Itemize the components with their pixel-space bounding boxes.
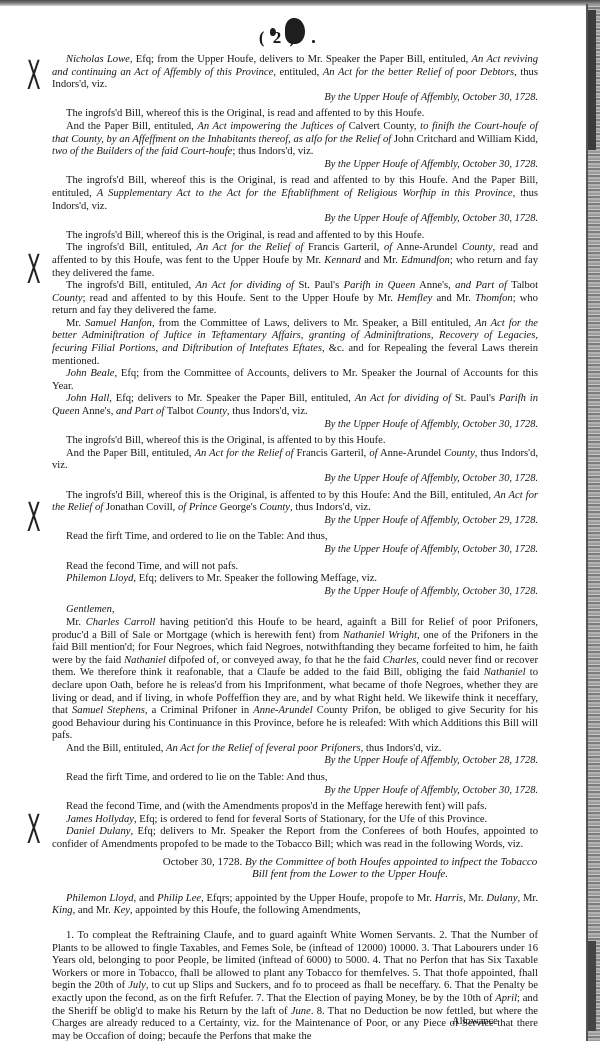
paragraph: The ingrofs'd Bill, entituled, An Act fo… — [52, 242, 538, 280]
italic-text: Samuel Hanfon — [85, 318, 152, 329]
endorsement-line: By the Upper Houfe of Affembly, October … — [52, 544, 538, 557]
italic-text: Charles Carroll — [86, 617, 156, 628]
text: , a Criminal Prifoner in — [145, 705, 253, 716]
endorsement-line: By the Upper Houfe of Affembly, October … — [52, 213, 538, 226]
italic-text: An Act for the Relief of — [196, 242, 303, 253]
text: Calvert County, — [345, 121, 420, 132]
italic-text: Samuel Stephens — [72, 705, 145, 716]
text: Read the firft Time, and ordered to lie … — [66, 531, 328, 542]
paragraph: The ingrofs'd Bill, whereof this is the … — [52, 108, 538, 121]
italic-text: Hemfley — [397, 293, 432, 304]
italic-text: Nathaniel — [124, 655, 166, 666]
text: , thus Indors'd, viz. — [290, 502, 371, 513]
paragraph: John Beale, Efq; from the Committee of A… — [52, 368, 538, 393]
text: , Efq; is ordered to fend for feveral So… — [134, 814, 487, 825]
text: The ingrofs'd Bill, entituled, — [66, 242, 196, 253]
italic-text: and Part of — [455, 280, 507, 291]
spacer — [52, 881, 538, 893]
text: Read the fecond Time, and will not pafs. — [66, 561, 238, 572]
text: John Critchard and William Kidd, — [391, 134, 538, 145]
text: , from the Committee of Laws, delivers t… — [152, 318, 475, 329]
committee-date: October 30, 1728. — [163, 856, 242, 868]
text: And the Bill, entituled, — [66, 743, 166, 754]
text: , appointed by this Houfe, the following… — [130, 905, 361, 916]
page-number: ( 2 ) — [238, 28, 318, 48]
text: Read the fecond Time, and (with the Amen… — [66, 801, 487, 812]
endorsement-line: By the Upper Houfe of Affembly, October … — [52, 473, 538, 486]
text: George's — [217, 502, 259, 513]
italic-text: A Supplementary Act to the Act for the E… — [97, 188, 513, 199]
text: Francis Garteril, — [303, 242, 384, 253]
margin-cross-mark: X — [27, 810, 41, 850]
italic-text: and Part of — [116, 406, 164, 417]
page-top-border — [0, 0, 600, 6]
text: Read the firft Time, and ordered to lie … — [66, 772, 328, 783]
text: Francis Garteril, — [294, 448, 370, 459]
endorsement-line: By the Upper Houfe of Affembly, October … — [52, 419, 538, 432]
text: Talbot — [164, 406, 196, 417]
paragraph: The ingrofs'd Bill, whereof this is the … — [52, 230, 538, 243]
italic-text: Philemon Lloyd — [66, 893, 134, 904]
edge-dark-top — [588, 10, 596, 150]
endorsement-line: By the Upper Houfe of Affembly, October … — [52, 586, 538, 599]
paragraph: The ingrofs'd Bill, whereof this is the … — [52, 435, 538, 448]
text: , thus Indors'd, viz. — [227, 406, 308, 417]
ink-blot — [270, 28, 276, 36]
text: , Efq; delivers to Mr. Speaker the follo… — [133, 573, 377, 584]
italic-text: April — [495, 993, 517, 1004]
italic-text: of Prince — [178, 502, 217, 513]
text: , thus Indors'd, viz. — [361, 743, 442, 754]
italic-text: Nicholas Lowe — [66, 54, 130, 65]
document-body: Nicholas Lowe, Efq; from the Upper Houfe… — [52, 54, 538, 1041]
italic-text: Daniel Dulany — [66, 826, 130, 837]
italic-text: John Beale — [66, 368, 114, 379]
text: , Efq; delivers to Mr. Speaker the Paper… — [109, 393, 354, 404]
italic-text: Nathaniel Wright — [343, 630, 417, 641]
italic-text: An Act impowering the Juftices of — [197, 121, 345, 132]
text: difpofed of, or conveyed away, fo that h… — [166, 655, 383, 666]
text: ; read and affented to by this Houfe. Se… — [83, 293, 397, 304]
italic-text: County — [196, 406, 227, 417]
text: Anne-Arundel — [378, 448, 445, 459]
text: , and Mr. — [73, 905, 114, 916]
paragraph: And the Paper Bill, entituled, An Act fo… — [52, 448, 538, 473]
italic-text: Thomfon — [475, 293, 513, 304]
edge-dark-bottom — [588, 941, 596, 1031]
margin-cross-mark: X — [27, 250, 41, 290]
text: Talbot — [507, 280, 538, 291]
italic-text: June — [291, 1006, 311, 1017]
paragraph: Nicholas Lowe, Efq; from the Upper Houfe… — [52, 54, 538, 92]
italic-text: An Act for the better Relief of poor Deb… — [323, 67, 514, 78]
text: St. Paul's — [451, 393, 499, 404]
text: ; thus Indors'd, viz. — [232, 146, 313, 157]
italic-text: two of the Builders of the faid Court-ho… — [52, 146, 232, 157]
text: The ingrofs'd Bill, whereof this is the … — [66, 108, 424, 119]
italic-text: John Hall — [66, 393, 109, 404]
text: , Efqrs; appointed by the Upper Houfe, p… — [201, 893, 435, 904]
italic-text: Key — [114, 905, 130, 916]
italic-text: Charles — [383, 655, 417, 666]
text: St. Paul's — [294, 280, 344, 291]
italic-text: An Act for dividing of — [355, 393, 451, 404]
italic-text: Philip Lee — [157, 893, 201, 904]
paragraph: The ingrofs'd Bill, entituled, An Act fo… — [52, 280, 538, 318]
endorsement-line: By the Upper Houfe of Affembly, October … — [52, 755, 538, 768]
italic-text: Kennard — [324, 255, 361, 266]
paragraph: Read the firft Time, and ordered to lie … — [52, 772, 538, 785]
italic-text: An Act for the Relief of feveral poor Pr… — [166, 743, 361, 754]
italic-text: Nathaniel — [484, 667, 526, 678]
text: , Efq; from the Upper Houfe, delivers to… — [130, 54, 472, 65]
italic-text: of — [384, 242, 392, 253]
ink-blot — [285, 18, 305, 44]
paragraph: John Hall, Efq; delivers to Mr. Speaker … — [52, 393, 538, 418]
italic-text: Dulany — [486, 893, 517, 904]
text: , and — [134, 893, 158, 904]
page-right-edge-shadow — [586, 4, 600, 1041]
endorsement-line: By the Upper Houfe of Affembly, October … — [52, 159, 538, 172]
endorsement-line: By the Upper Houfe of Affembly, October … — [52, 92, 538, 105]
salutation: Gentlemen, — [66, 604, 538, 617]
text: , entituled, — [273, 67, 323, 78]
text: , Efq; from the Committee of Accounts, d… — [52, 368, 538, 392]
paragraph: Philemon Lloyd, Efq; delivers to Mr. Spe… — [52, 573, 538, 586]
committee-heading: October 30, 1728. By the Committee of bo… — [162, 856, 538, 881]
text: The ingrofs'd Bill, entituled, — [66, 280, 196, 291]
paragraph: And the Paper Bill, entituled, An Act im… — [52, 121, 538, 159]
text: Mr. — [66, 318, 85, 329]
text: And the Paper Bill, entituled, — [66, 121, 197, 132]
italic-text: County — [462, 242, 493, 253]
italic-text: James Hollyday — [66, 814, 134, 825]
italic-text: An Act for dividing of — [196, 280, 295, 291]
text: And the Paper Bill, entituled, — [66, 448, 195, 459]
paragraph: And the Bill, entituled, An Act for the … — [52, 743, 538, 756]
text: The ingrofs'd Bill, whereof this is the … — [66, 490, 494, 501]
committee-text: By the Committee of both Houfes appointe… — [245, 856, 537, 881]
text: Anne's, — [80, 406, 116, 417]
italic-text: Parifh in Queen — [344, 280, 416, 291]
italic-text: Anne-Arundel — [253, 705, 312, 716]
text: The ingrofs'd Bill, whereof this is the … — [66, 230, 424, 241]
paragraph: Read the fecond Time, and (with the Amen… — [52, 801, 538, 814]
endorsement-line: By the Upper Houfe of Affembly, October … — [52, 515, 538, 528]
paragraph: Mr. Samuel Hanfon, from the Committee of… — [52, 318, 538, 368]
italic-text: An Act for the Relief of — [195, 448, 294, 459]
paragraph: Mr. Charles Carroll having petition'd th… — [52, 617, 538, 743]
italic-text: July — [128, 980, 146, 991]
paragraph: Read the firft Time, and ordered to lie … — [52, 531, 538, 544]
text: and Mr. — [361, 255, 401, 266]
text: , Mr. — [518, 893, 538, 904]
text: and Mr. — [432, 293, 475, 304]
catchword: Allowance — [452, 1016, 498, 1027]
italic-text: County — [444, 448, 475, 459]
text: Jonathan Covill, — [103, 502, 178, 513]
text: The ingrofs'd Bill, whereof this is the … — [66, 435, 385, 446]
text: Anne's, — [415, 280, 455, 291]
italic-text: Philemon Lloyd — [66, 573, 133, 584]
paragraph: Read the fecond Time, and will not pafs. — [52, 561, 538, 574]
text: Mr. — [66, 617, 86, 628]
italic-text: Edmundfon — [401, 255, 450, 266]
spacer — [52, 918, 538, 930]
italic-text: Harris — [435, 893, 463, 904]
text: Anne-Arundel — [392, 242, 462, 253]
paragraph: The ingrofs'd Bill, whereof this is the … — [52, 175, 538, 213]
endorsement-line: By the Upper Houfe of Affembly, October … — [52, 785, 538, 798]
italic-text: County — [259, 502, 290, 513]
italic-text: of — [369, 448, 377, 459]
text: , Mr. — [463, 893, 486, 904]
paragraph: The ingrofs'd Bill, whereof this is the … — [52, 490, 538, 515]
paragraph: Philemon Lloyd, and Philip Lee, Efqrs; a… — [52, 893, 538, 918]
italic-text: County — [52, 293, 83, 304]
margin-cross-mark: X — [27, 56, 41, 96]
italic-text: King — [52, 905, 73, 916]
margin-cross-mark: X — [27, 498, 41, 538]
paragraph: Daniel Dulany, Efq; delivers to Mr. Spea… — [52, 826, 538, 851]
ink-blot — [312, 40, 315, 43]
paragraph: James Hollyday, Efq; is ordered to fend … — [52, 814, 538, 827]
